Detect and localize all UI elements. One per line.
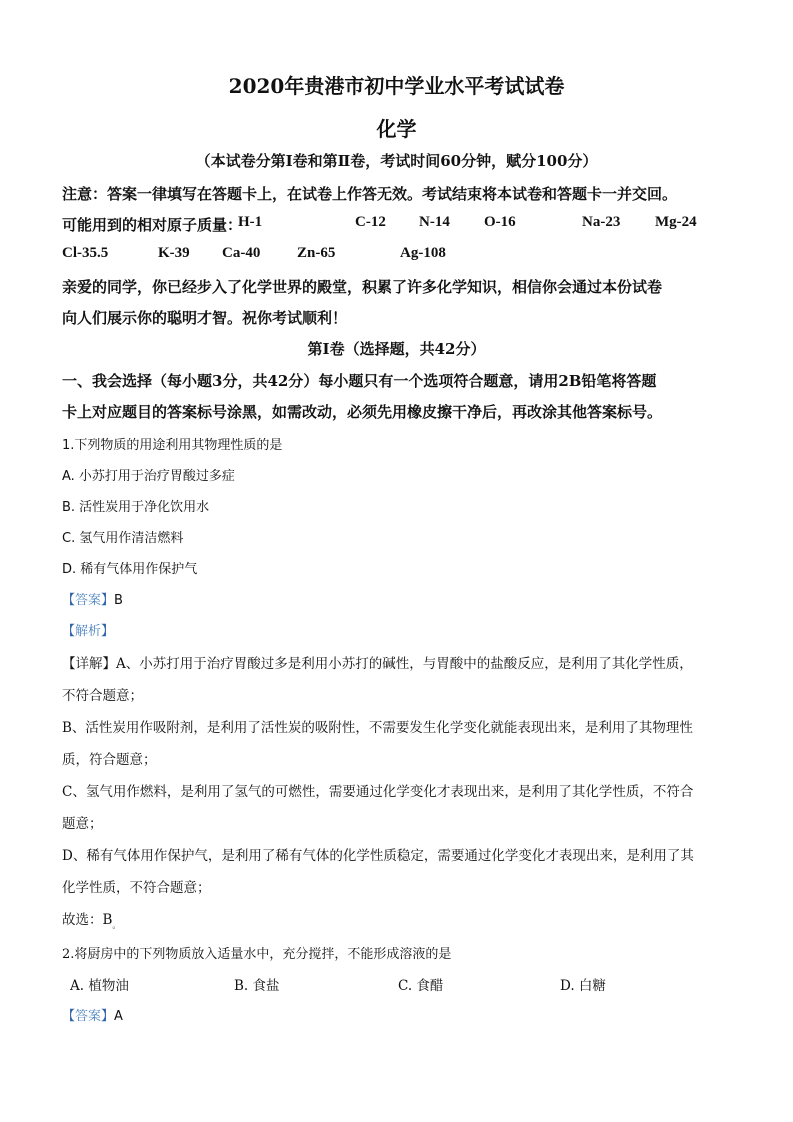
analysis-tag: 【解析】 bbox=[62, 624, 114, 639]
explanation-line: D、稀有气体用作保护气，是利用了稀有气体的化学性质稳定，需要通过化学变化才表现出… bbox=[62, 844, 694, 864]
answer-tag: 【答案】 bbox=[62, 1009, 114, 1024]
greeting-line-1: 亲爱的同学，你已经步入了化学世界的殿堂，积累了许多化学知识，相信你会通过本份试卷 bbox=[62, 276, 662, 297]
explanation-line: 不符合题意； bbox=[62, 684, 143, 704]
explanation-line: 化学性质，不符合题意； bbox=[62, 876, 211, 896]
atomic-mass-item: Zn-65 bbox=[297, 245, 335, 262]
section-heading: 第Ⅰ卷（选择题，共42分） bbox=[0, 338, 793, 359]
greeting-line-2: 向人们展示你的聪明才智。祝你考试顺利！ bbox=[62, 307, 347, 328]
answer-value: B bbox=[114, 593, 123, 608]
question-1-option-c: C. 氢气用作清洁燃料 bbox=[62, 527, 183, 546]
question-1-detail-line: 【详解】A、小苏打用于治疗胃酸过多是利用小苏打的碱性，与胃酸中的盐酸反应，是利用… bbox=[62, 652, 693, 672]
detail-tag: 【详解】 bbox=[62, 656, 116, 672]
exam-page: 2020年贵港市初中学业水平考试试卷 化学 （本试卷分第Ⅰ卷和第Ⅱ卷，考试时间6… bbox=[0, 0, 793, 1122]
question-1-option-d: D. 稀有气体用作保护气 bbox=[62, 558, 197, 577]
question-2-option-b: B. 食盐 bbox=[234, 974, 280, 994]
atomic-mass-item: Mg-24 bbox=[655, 214, 697, 231]
atomic-mass-item: C-12 bbox=[355, 214, 386, 231]
question-2-stem: 2.将厨房中的下列物质放入适量水中，充分搅拌，不能形成溶液的是 bbox=[62, 943, 451, 962]
explanation-line: B、活性炭用作吸附剂，是利用了活性炭的吸附性，不需要发生化学变化就能表现出来，是… bbox=[62, 716, 693, 736]
explanation-line: 质，符合题意； bbox=[62, 748, 157, 768]
atomic-mass-item: Na-23 bbox=[582, 214, 620, 231]
atomic-mass-item: Ca-40 bbox=[222, 245, 260, 262]
atomic-mass-label: 可能用到的相对原子质量： bbox=[62, 214, 242, 235]
exam-title: 2020年贵港市初中学业水平考试试卷 bbox=[0, 70, 793, 99]
exam-note: （本试卷分第Ⅰ卷和第Ⅱ卷，考试时间60分钟，赋分100分） bbox=[0, 150, 793, 171]
question-2-answer: 【答案】A bbox=[62, 1005, 123, 1024]
question-1-answer: 【答案】B bbox=[62, 589, 123, 608]
question-1-conclusion: 故选：B。 bbox=[62, 908, 120, 931]
question-1-analysis: 【解析】 bbox=[62, 620, 114, 639]
subject-title: 化学 bbox=[0, 113, 793, 142]
question-1-stem: 1.下列物质的用途利用其物理性质的是 bbox=[62, 434, 282, 453]
atomic-mass-item: O-16 bbox=[484, 214, 516, 231]
question-1-option-a: A. 小苏打用于治疗胃酸过多症 bbox=[62, 465, 235, 484]
answer-tag: 【答案】 bbox=[62, 593, 114, 608]
notice-text: 注意：答案一律填写在答题卡上，在试卷上作答无效。考试结束将本试卷和答题卡一并交回… bbox=[62, 183, 677, 204]
question-2-option-a: A. 植物油 bbox=[70, 974, 129, 994]
atomic-mass-item: Cl-35.5 bbox=[62, 245, 108, 262]
explanation-line: C、氢气用作燃料，是利用了氢气的可燃性，需要通过化学变化才表现出来，是利用了其化… bbox=[62, 780, 693, 800]
answer-value: A bbox=[114, 1009, 123, 1024]
question-2-option-c: C. 食醋 bbox=[398, 974, 443, 994]
question-1-option-b: B. 活性炭用于净化饮用水 bbox=[62, 496, 209, 515]
atomic-mass-item: Ag-108 bbox=[400, 245, 446, 262]
explanation-line: 题意； bbox=[62, 812, 103, 832]
atomic-mass-item: N-14 bbox=[419, 214, 450, 231]
atomic-mass-item: K-39 bbox=[158, 245, 190, 262]
section-instructions-2: 卡上对应题目的答案标号涂黑，如需改动，必须先用橡皮擦干净后，再改涂其他答案标号。 bbox=[62, 401, 662, 422]
question-2-option-d: D. 白糖 bbox=[560, 974, 606, 994]
atomic-mass-item: H-1 bbox=[238, 214, 262, 231]
section-instructions-1: 一、我会选择（每小题3分，共42分）每小题只有一个选项符合题意，请用2B铅笔将答… bbox=[62, 370, 656, 391]
